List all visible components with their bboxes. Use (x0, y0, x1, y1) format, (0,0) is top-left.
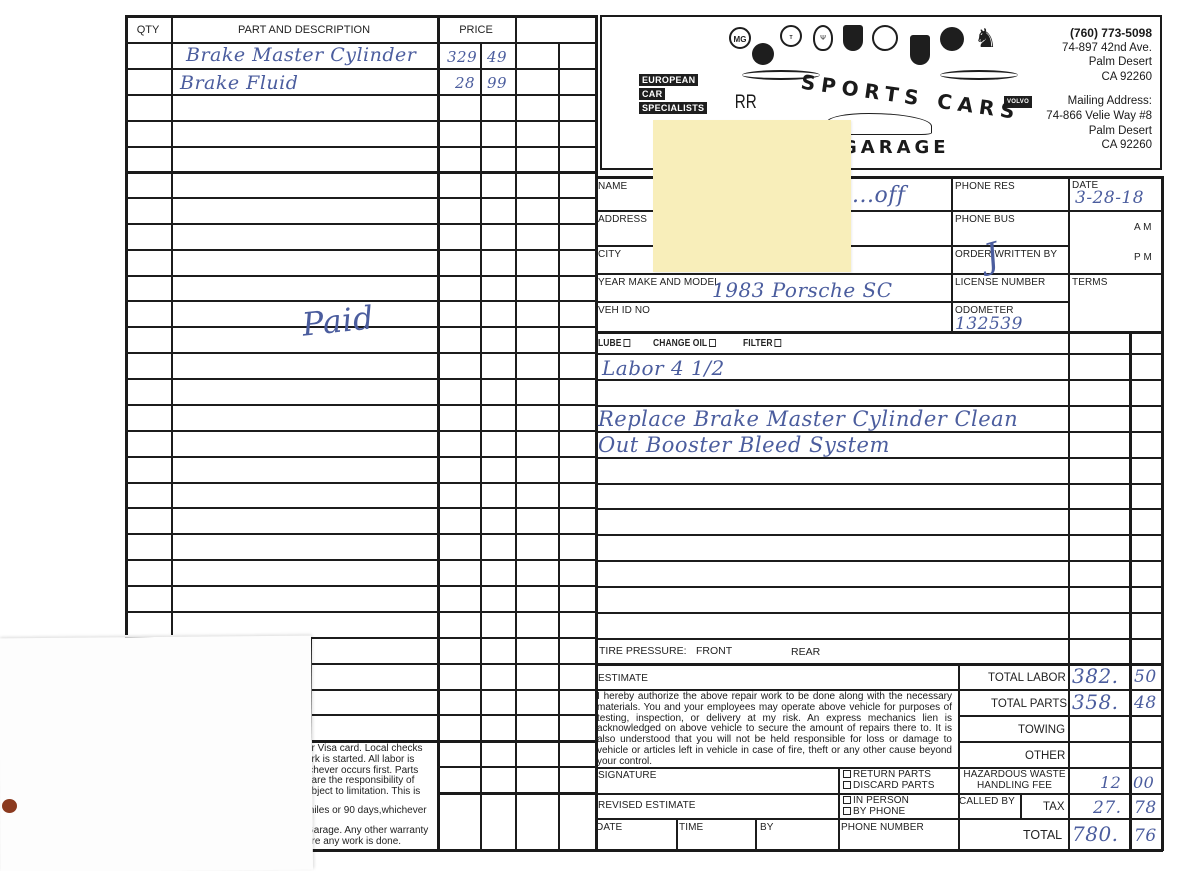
tag-european: EUROPEAN (639, 74, 698, 86)
lamborghini-emblem-icon (910, 35, 930, 65)
terms-line: ork is started. All labor is (306, 755, 414, 766)
total-labor-cents: 50 (1134, 667, 1157, 687)
called-by-label: CALLED BY (959, 796, 1015, 807)
lube-checkbox[interactable]: LUBE (598, 338, 632, 349)
shop-street: 74-897 42nd Ave. (1046, 41, 1152, 56)
part-row-1-price-cents: 49 (487, 48, 507, 66)
veh-id-label: VEH ID NO (598, 305, 650, 316)
paid-stamp: Paid (300, 298, 375, 343)
by-phone-label: BY PHONE (853, 806, 905, 817)
terms-line: or Visa card. Local checks (306, 744, 423, 755)
in-person-option[interactable]: IN PERSON (841, 795, 909, 806)
in-person-label: IN PERSON (853, 795, 909, 806)
return-parts-option[interactable]: RETURN PARTS (841, 769, 931, 780)
odometer-field[interactable]: 132539 (955, 314, 1023, 334)
hazardous-fee-cents: 00 (1133, 773, 1154, 792)
tire-front-label: FRONT (696, 645, 732, 657)
mailing-label: Mailing Address: (1046, 94, 1152, 109)
header-qty: QTY (125, 24, 171, 36)
lube-label: LUBE (598, 338, 621, 349)
part-row-1-price-dollars: 329 (447, 48, 477, 66)
am-label: A M (1134, 222, 1152, 233)
change-oil-label: CHANGE OIL (653, 338, 707, 349)
other-label: OTHER (1025, 750, 1065, 762)
tag-car: CAR (639, 88, 665, 100)
towing-label: TOWING (1018, 724, 1065, 736)
filter-checkbox-box[interactable] (774, 339, 781, 347)
revised-phone-number-label: PHONE NUMBER (841, 822, 924, 833)
tag-specialists: SPECIALISTS (639, 102, 707, 114)
sticky-note (653, 120, 851, 272)
maserati-emblem-icon: Ψ (813, 25, 833, 51)
license-number-label: LICENSE NUMBER (955, 277, 1045, 288)
filter-label: FILTER (743, 338, 773, 349)
hazardous-waste-label: HAZARDOUS WASTE HANDLING FEE (963, 769, 1066, 791)
tax-label: TAX (1043, 801, 1065, 813)
year-make-model-field[interactable]: 1983 Porsche SC (712, 278, 893, 302)
name-field[interactable]: ...off (852, 183, 906, 208)
service-line-4: Out Booster Bleed System (598, 433, 890, 457)
name-label: NAME (598, 181, 627, 192)
hazardous-label-line-1: HAZARDOUS WASTE (963, 769, 1066, 780)
lotus-emblem-icon (872, 25, 898, 51)
hazardous-label-line-2: HANDLING FEE (963, 780, 1066, 791)
estimate-label: ESTIMATE (598, 673, 648, 684)
signature-label: SIGNATURE (598, 770, 657, 781)
pm-label: P M (1134, 252, 1152, 263)
part-row-2-description: Brake Fluid (180, 72, 298, 94)
discard-parts-option[interactable]: DISCARD PARTS (841, 780, 935, 791)
discard-parts-label: DISCARD PARTS (853, 780, 935, 791)
shop-phone: (760) 773-5098 (1046, 26, 1152, 41)
part-row-1-description: Brake Master Cylinder (186, 44, 416, 66)
shop-name-garage: GARAGE (842, 137, 950, 158)
terms-line: ore any work is done. (306, 837, 401, 848)
by-phone-option[interactable]: BY PHONE (841, 806, 905, 817)
covering-paper (0, 636, 313, 871)
stain-mark (2, 799, 17, 813)
address-label: ADDRESS (598, 214, 647, 225)
shop-state-zip: CA 92260 (1046, 70, 1152, 85)
in-person-checkbox[interactable] (843, 796, 851, 804)
tire-rear-label: REAR (791, 646, 820, 658)
total-parts-cents: 48 (1134, 693, 1157, 713)
mailing-state-zip: CA 92260 (1046, 138, 1152, 153)
terms-line: ubject to limitation. This is (306, 787, 420, 798)
bentley-wings-icon (940, 70, 1018, 80)
total-labor-dollars: 382. (1072, 664, 1119, 688)
authorization-text: I hereby authorize the above repair work… (597, 692, 952, 768)
mg-emblem-icon: MG (729, 27, 751, 49)
mailing-street: 74-866 Velie Way #8 (1046, 109, 1152, 124)
service-line-1: Labor 4 1/2 (602, 356, 725, 380)
change-oil-checkbox[interactable]: CHANGE OIL (653, 338, 717, 349)
porsche-emblem-icon (843, 25, 863, 51)
rolls-royce-mark: RR (735, 92, 757, 114)
total-labor-label: TOTAL LABOR (988, 672, 1066, 684)
order-written-by-label: ORDER WRITTEN BY (955, 249, 1057, 260)
service-line-3: Replace Brake Master Cylinder Clean (598, 407, 1018, 431)
return-parts-checkbox[interactable] (843, 770, 851, 778)
year-make-model-label: YEAR MAKE AND MODEL (598, 277, 720, 288)
revised-date-label: DATE (596, 822, 622, 833)
bmw-emblem-icon (752, 43, 774, 65)
ferrari-horse-icon: ♞ (974, 23, 997, 54)
tax-dollars: 27. (1093, 798, 1122, 818)
total-cents: 76 (1134, 826, 1157, 846)
filter-checkbox[interactable]: FILTER (743, 338, 783, 349)
part-row-2-price-cents: 99 (487, 74, 507, 92)
tire-pressure-label: TIRE PRESSURE: (599, 645, 687, 657)
triumph-emblem-icon: T (780, 25, 802, 47)
saab-emblem-icon (940, 27, 964, 51)
hazardous-fee-dollars: 12 (1100, 773, 1121, 792)
shop-address: (760) 773-5098 74-897 42nd Ave. Palm Des… (1046, 26, 1152, 153)
terms-line: miles or 90 days,whichever (306, 806, 427, 817)
mailing-city: Palm Desert (1046, 124, 1152, 139)
terms-label: TERMS (1072, 277, 1108, 288)
total-parts-dollars: 358. (1072, 690, 1119, 714)
city-label: CITY (598, 249, 621, 260)
total-dollars: 780. (1072, 822, 1119, 846)
phone-bus-label: PHONE BUS (955, 214, 1015, 225)
total-parts-label: TOTAL PARTS (991, 698, 1067, 710)
date-field[interactable]: 3-28-18 (1075, 188, 1144, 208)
tax-cents: 78 (1134, 798, 1157, 818)
terms-line: Garage. Any other warranty (306, 826, 428, 837)
change-oil-checkbox-box[interactable] (709, 339, 716, 347)
revised-time-label: TIME (679, 822, 703, 833)
part-row-2-price-dollars: 28 (455, 74, 475, 92)
header-part-description: PART AND DESCRIPTION (171, 24, 437, 36)
phone-res-label: PHONE RES (955, 181, 1015, 192)
terms-line: t are the responsibility of (306, 776, 414, 787)
revised-by-label: BY (760, 822, 774, 833)
lube-checkbox-box[interactable] (623, 339, 630, 347)
revised-estimate-label: REVISED ESTIMATE (598, 800, 696, 811)
shop-city: Palm Desert (1046, 55, 1152, 70)
by-phone-checkbox[interactable] (843, 807, 851, 815)
header-price: PRICE (437, 24, 515, 36)
discard-parts-checkbox[interactable] (843, 781, 851, 789)
total-label: TOTAL (1023, 828, 1062, 842)
return-parts-label: RETURN PARTS (853, 769, 931, 780)
